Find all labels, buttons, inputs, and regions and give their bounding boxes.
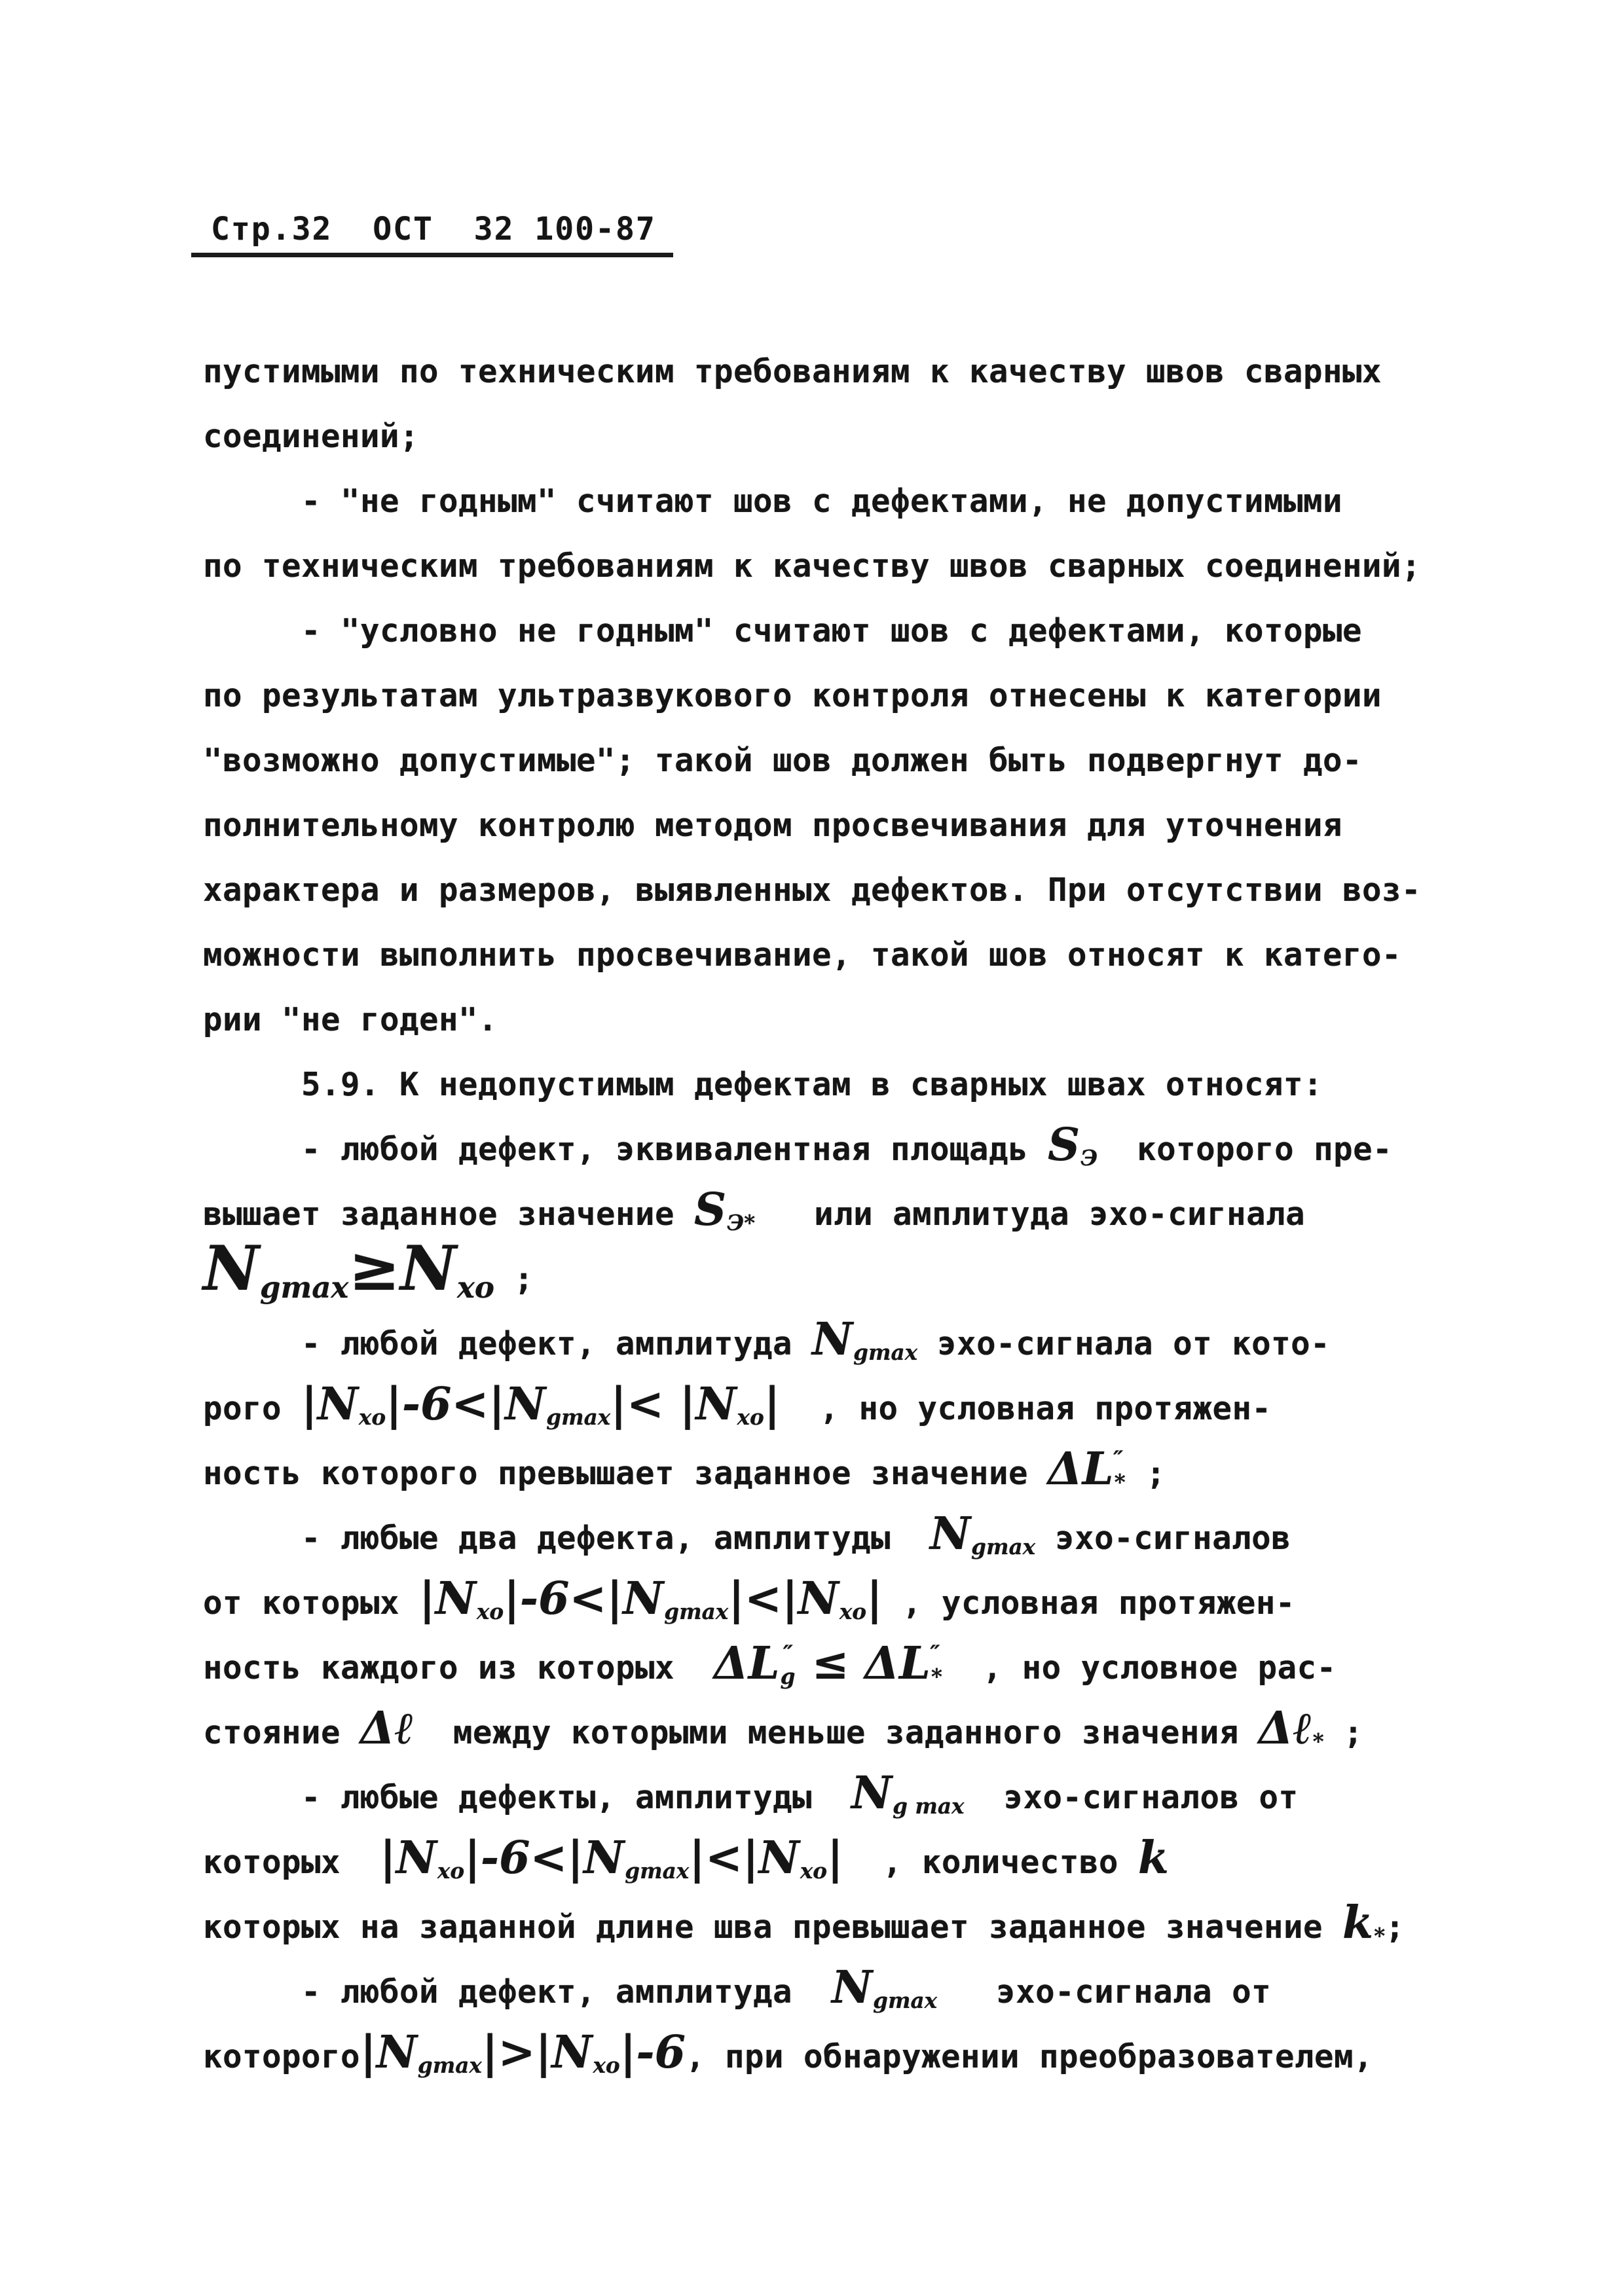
math-expression: | (866, 1573, 883, 1625)
typewriter-text: по результатам ультразвукового контроля … (203, 677, 1382, 714)
math-expression: ΔL*″ (1048, 1443, 1126, 1495)
text-line: ность которого превышает заданное значен… (203, 1441, 1434, 1506)
text-line: характера и размеров, выявленных дефекто… (203, 858, 1434, 922)
math-expression: Δℓ (360, 1702, 414, 1755)
typewriter-text: ; (1385, 1908, 1405, 1946)
text-line: - любые два дефекта, амплитуды Ngmax эхо… (203, 1506, 1434, 1571)
math-expression: |<|Nxo (689, 1832, 827, 1884)
typewriter-text: рого (203, 1390, 301, 1427)
typewriter-text: "возможно допустимые"; такой шов должен … (203, 742, 1362, 779)
typewriter-text: которого пре- (1098, 1131, 1392, 1168)
typewriter-text: стояние (203, 1714, 360, 1751)
typewriter-text: , но условная протяжен- (780, 1390, 1271, 1427)
text-line: соединений; (203, 404, 1434, 469)
typewriter-text: ; (494, 1260, 534, 1298)
typewriter-text: - любые два дефекта, амплитуды (301, 1520, 930, 1557)
math-expression: Ngmax (930, 1508, 1035, 1560)
math-expression: Ngmax (812, 1313, 917, 1366)
text-line: стояние Δℓ между которыми меньше заданно… (203, 1700, 1434, 1765)
text-line: 5.9. К недопустимым дефектам в сварных ш… (203, 1052, 1434, 1117)
math-expression: |-6 (620, 2026, 686, 2079)
typewriter-text: соединений; (203, 418, 419, 455)
typewriter-text: - "не годным" считают шов с дефектами, н… (301, 483, 1342, 520)
text-line: от которых |Nxo|-6<|Ngmax|<|Nxo| , услов… (203, 1571, 1434, 1635)
math-expression: |< |Nxo (610, 1378, 764, 1430)
typewriter-text: 5.9. К недопустимым дефектам в сварных ш… (301, 1066, 1323, 1103)
formula-line: Ngmax≥Nxo ; (203, 1247, 1434, 1311)
typewriter-text: ность каждого из которых (203, 1649, 714, 1686)
math-expression: |-6<|Ngmax (386, 1378, 610, 1430)
typewriter-text: , при обнаружении преобразователем, (686, 2038, 1373, 2075)
typewriter-text: характера и размеров, выявленных дефекто… (203, 871, 1421, 909)
typewriter-text: или амплитуда эхо-сигнала (755, 1195, 1305, 1233)
math-expression: |Nxo (419, 1573, 504, 1625)
text-line: - любой дефект, амплитуда Ngmax эхо-сигн… (203, 1311, 1434, 1376)
text-line: можности выполнить просвечивание, такой … (203, 922, 1434, 987)
typewriter-text: ; (1126, 1455, 1166, 1492)
typewriter-text: , количество (843, 1844, 1138, 1881)
text-line: по результатам ультразвукового контроля … (203, 663, 1434, 728)
typewriter-text: можности выполнить просвечивание, такой … (203, 936, 1401, 974)
math-expression: Ngmax (203, 1233, 348, 1305)
typewriter-text: между которыми меньше заданного значения (414, 1714, 1259, 1751)
math-expression: SЭ (1048, 1119, 1098, 1171)
text-line: - любые дефекты, амплитуды Ng max эхо-си… (203, 1765, 1434, 1830)
math-expression: ΔLg″ (714, 1637, 796, 1690)
math-expression: |Nxo (380, 1832, 464, 1884)
typewriter-text: - любой дефект, амплитуда (301, 1973, 832, 2011)
math-expression: | (827, 1832, 843, 1884)
math-expression: SЭ* (694, 1184, 755, 1236)
typewriter-text: эхо-сигнала от (937, 1973, 1271, 2011)
typewriter-text: вышает заданное значение (203, 1195, 694, 1233)
typewriter-text: от которых (203, 1584, 419, 1622)
text-line: рого |Nxo|-6<|Ngmax|< |Nxo| , но условна… (203, 1376, 1434, 1441)
typewriter-text: по техническим требованиям к качеству шв… (203, 547, 1421, 585)
math-expression: |Ngmax (360, 2026, 482, 2079)
text-line: - любой дефект, амплитуда Ngmax эхо-сигн… (203, 1959, 1434, 2024)
math-expression: Ng max (851, 1767, 964, 1819)
text-line: рии "не годен". (203, 987, 1434, 1052)
text-line: - любой дефект, эквивалентная площадь SЭ… (203, 1117, 1434, 1182)
text-line: - "условно не годным" считают шов с дефе… (203, 598, 1434, 663)
math-expression: Nxo (400, 1233, 494, 1305)
typewriter-text: - любой дефект, амплитуда (301, 1325, 812, 1362)
math-expression: Δℓ* (1259, 1702, 1324, 1755)
text-line: ность каждого из которых ΔLg″ ≤ ΔL*″ , н… (203, 1635, 1434, 1700)
math-expression: k* (1342, 1897, 1385, 1949)
text-line: полнительному контролю методом просвечив… (203, 793, 1434, 858)
math-expression: ≤ (796, 1637, 864, 1690)
math-expression: | (764, 1378, 781, 1430)
typewriter-text: эхо-сигналов от (964, 1779, 1298, 1816)
typewriter-text: которого (203, 2038, 360, 2075)
typewriter-text: , условная протяжен- (883, 1584, 1295, 1622)
math-expression: |>|Nxo (482, 2026, 620, 2079)
text-line: по техническим требованиям к качеству шв… (203, 534, 1434, 598)
text-line: пустимыми по техническим требованиям к к… (203, 339, 1434, 404)
typewriter-text: пустимыми по техническим требованиям к к… (203, 353, 1382, 390)
document-body: пустимыми по техническим требованиям к к… (203, 339, 1434, 2089)
typewriter-text: - любой дефект, эквивалентная площадь (301, 1131, 1048, 1168)
math-expression: Ngmax (832, 1961, 937, 2014)
math-expression: |-6<|Ngmax (504, 1573, 728, 1625)
text-line: "возможно допустимые"; такой шов должен … (203, 728, 1434, 793)
typewriter-text: ность которого превышает заданное значен… (203, 1455, 1048, 1492)
page-header: Стр.32 ОСТ 32 100-87 (191, 211, 673, 257)
typewriter-text: - любые дефекты, амплитуды (301, 1779, 851, 1816)
math-expression: |<|Nxo (728, 1573, 866, 1625)
math-expression: k (1138, 1832, 1169, 1884)
typewriter-text: эхо-сигналов (1035, 1520, 1291, 1557)
math-expression: ΔL*″ (864, 1637, 943, 1690)
typewriter-text: - "условно не годным" считают шов с дефе… (301, 612, 1362, 649)
typewriter-text: полнительному контролю методом просвечив… (203, 807, 1342, 844)
text-line: которых |Nxo|-6<|Ngmax|<|Nxo| , количест… (203, 1830, 1434, 1895)
typewriter-text: , но условное рас- (944, 1649, 1337, 1686)
typewriter-text: рии "не годен". (203, 1001, 498, 1038)
math-expression: |Nxo (301, 1378, 386, 1430)
text-line: которого|Ngmax|>|Nxo|-6, при обнаружении… (203, 2024, 1434, 2089)
text-line: - "не годным" считают шов с дефектами, н… (203, 469, 1434, 534)
text-line: которых на заданной длине шва превышает … (203, 1895, 1434, 1959)
typewriter-text: ; (1324, 1714, 1363, 1751)
typewriter-text: которых на заданной длине шва превышает … (203, 1908, 1342, 1946)
typewriter-text: эхо-сигнала от кото- (917, 1325, 1330, 1362)
scanned-document-page: Стр.32 ОСТ 32 100-87 пустимыми по технич… (0, 0, 1624, 2296)
typewriter-text: которых (203, 1844, 380, 1881)
math-expression: |-6<|Ngmax (464, 1832, 689, 1884)
math-expression: ≥ (348, 1233, 400, 1305)
